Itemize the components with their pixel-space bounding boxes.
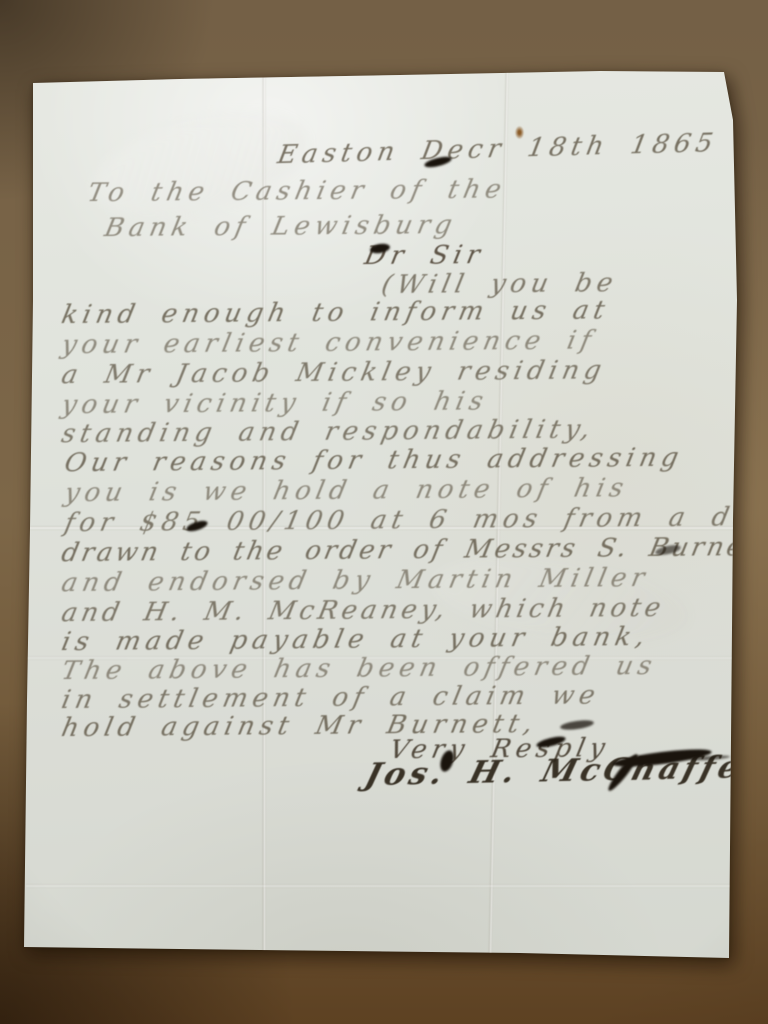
letter-line-body: a Mr Jacob Mickley residing <box>59 357 608 388</box>
letter-line-body: for $85 00/100 at 6 mos from a date <box>62 504 768 536</box>
letter-line-body: (Will you be <box>379 270 620 298</box>
letter-line-body: and H. M. McReaney, which note <box>59 595 667 626</box>
letter-line-body: you is we hold a note of his <box>62 475 630 506</box>
letter-line-body: standing and respondability, <box>59 416 597 447</box>
ink-blot <box>560 719 595 732</box>
letter-line-body: is made payable at your bank, <box>59 624 652 655</box>
letter-line-dateline: Easton Decr 18th 1865 <box>276 130 720 168</box>
letter-paper-wrap: Easton Decr 18th 1865 To the Cashier of … <box>0 0 768 1024</box>
letter-line-recipient-2: Bank of Lewisburg <box>102 212 459 241</box>
letter-line-body: and endorsed by Martin Miller <box>59 565 651 596</box>
photo-scene: Easton Decr 18th 1865 To the Cashier of … <box>0 0 768 1024</box>
letter-line-body: Our reasons for thus addressing <box>62 445 685 476</box>
letter-paper: Easton Decr 18th 1865 To the Cashier of … <box>0 0 768 1024</box>
letter-line-body: kind enough to inform us at <box>59 297 612 328</box>
letter-line-recipient-1: To the Cashier of the <box>85 176 508 206</box>
letter-line-body: your vicinity if so his <box>59 388 490 418</box>
letter-line-body: The above has been offered us <box>59 653 659 684</box>
fold-crease-horizontal-bottom <box>26 884 734 888</box>
letter-line-body: your earliest convenience if <box>59 327 598 358</box>
fold-notch <box>20 521 27 530</box>
